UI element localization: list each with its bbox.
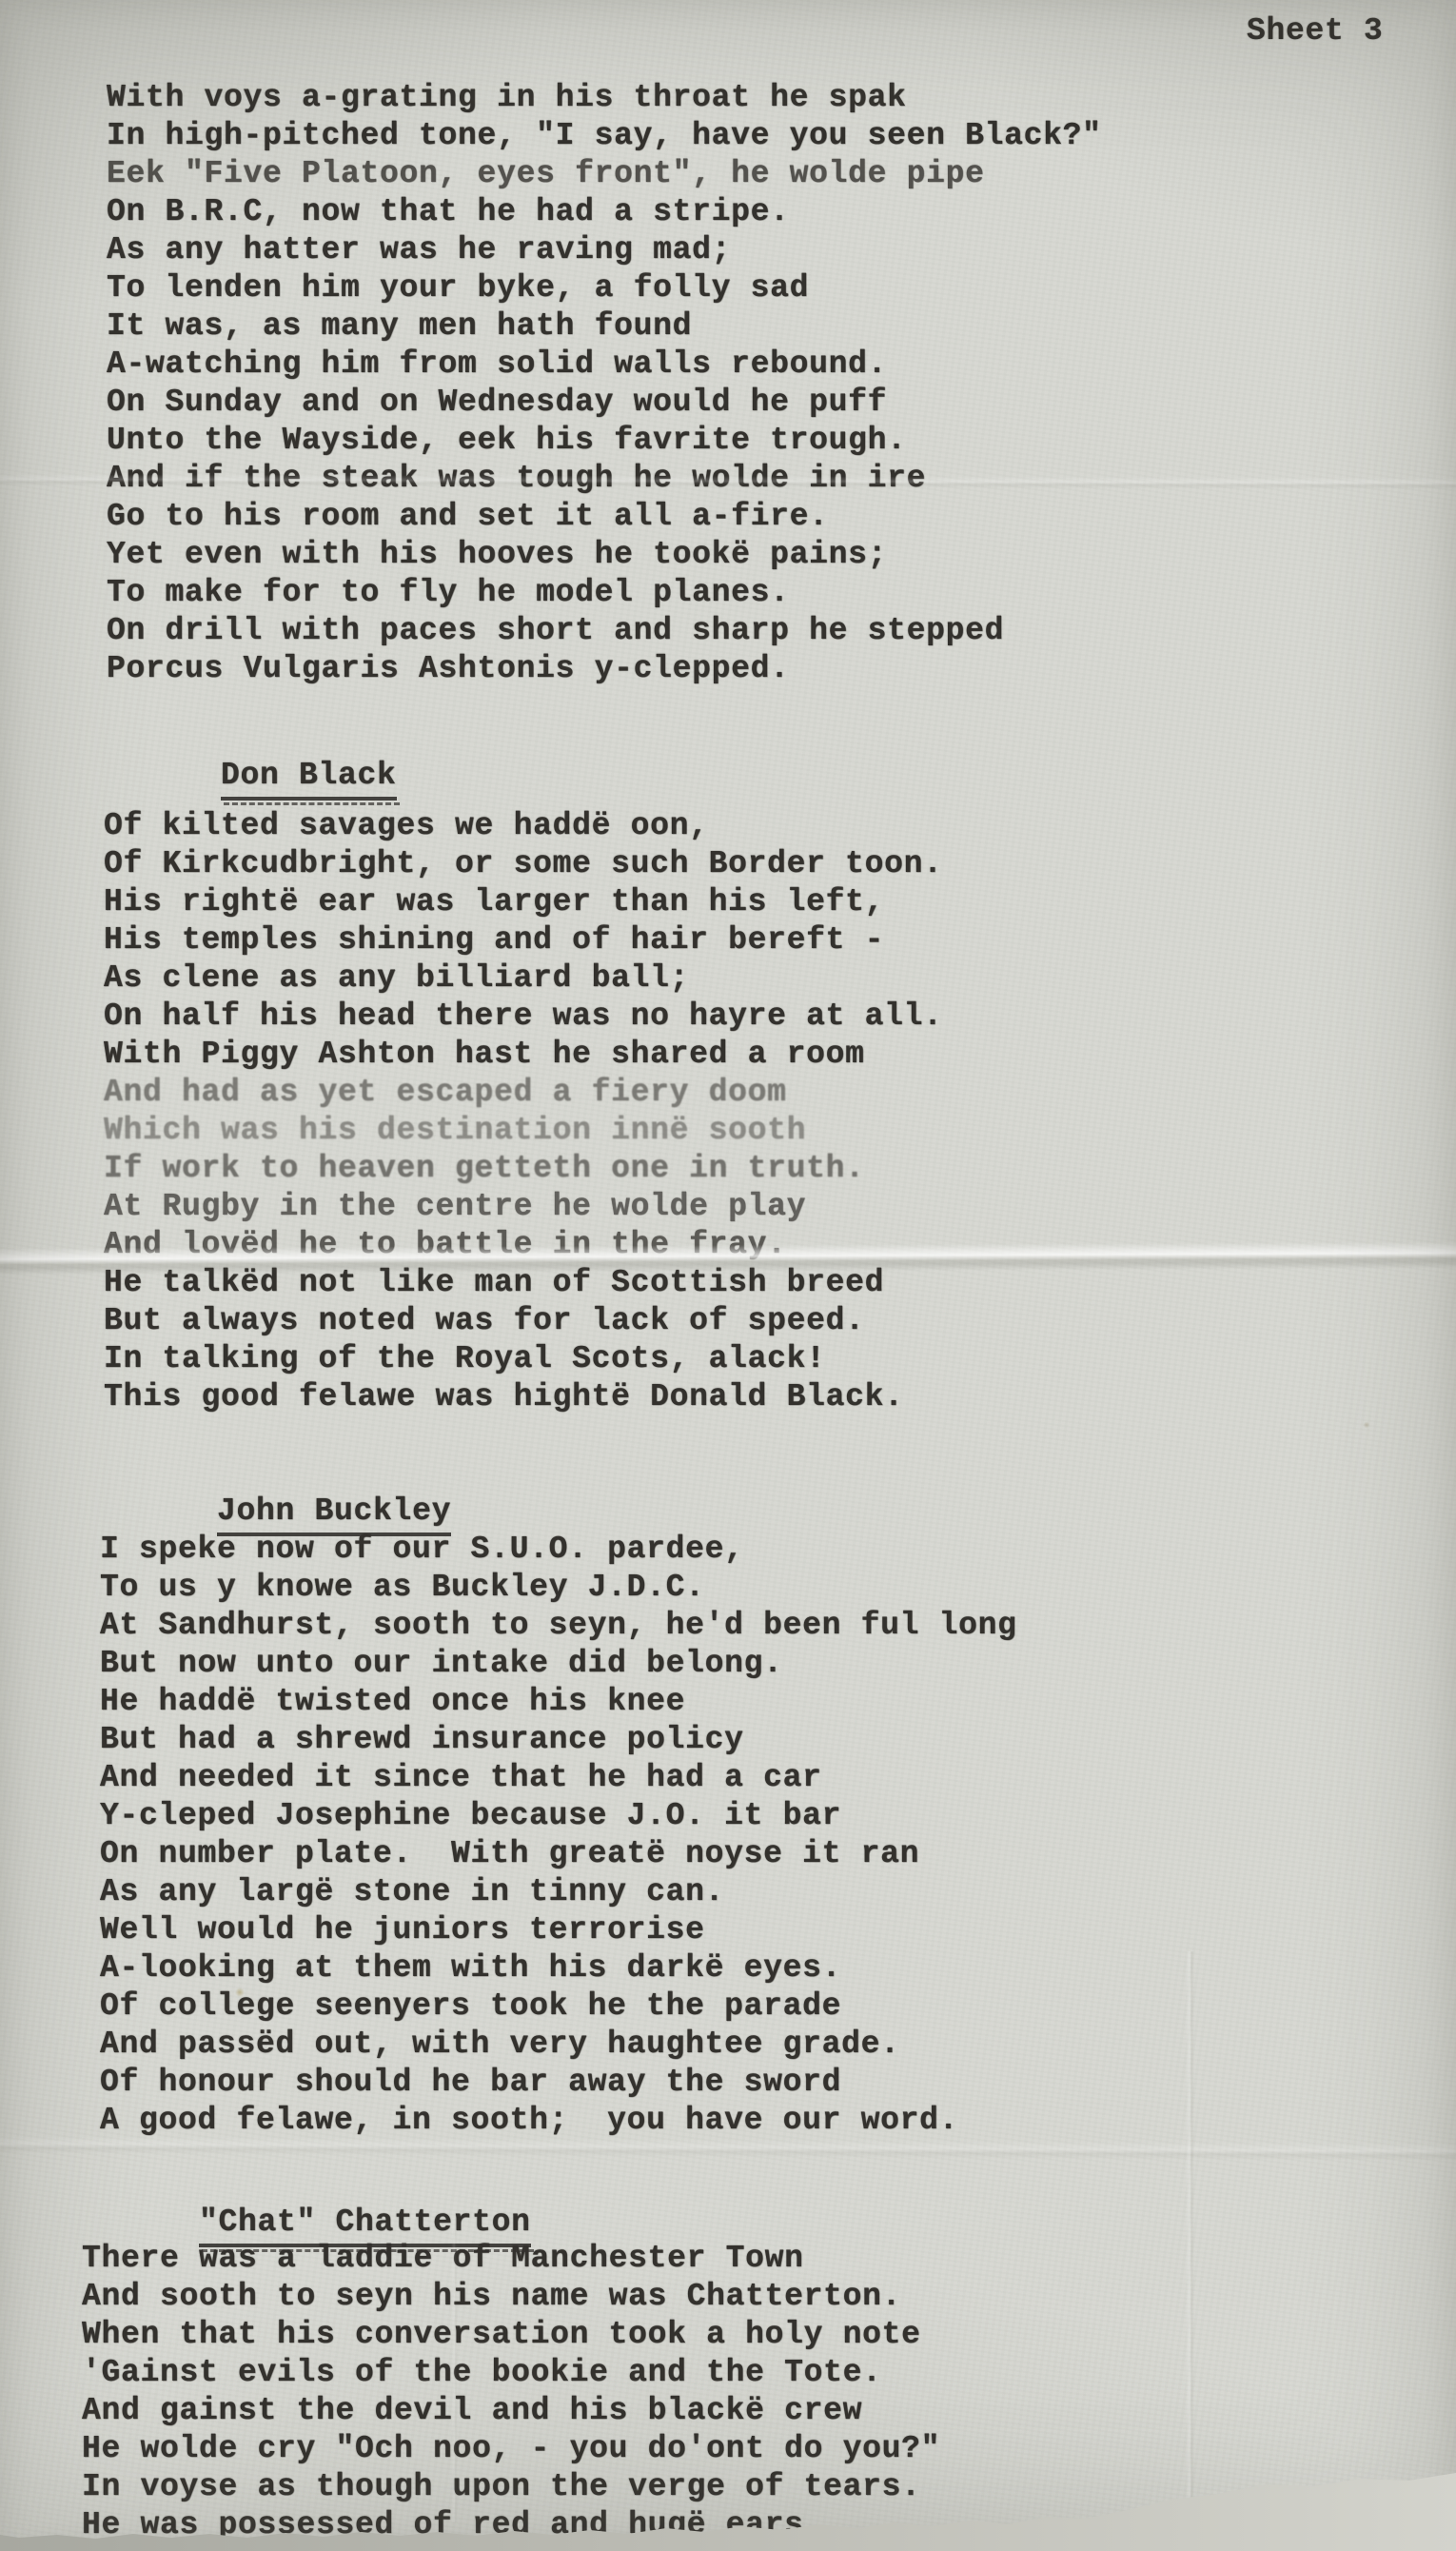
poem-line: On half his head there was no hayre at a… [104,998,1153,1036]
heading-text: "Chat" Chatterton [199,2204,531,2247]
poem-line: In voyse as though upon the verge of tea… [82,2468,1153,2506]
scanned-typewritten-sheet: Sheet 3 With voys a-grating in his throa… [0,0,1456,2551]
poem-line: But had a shrewd insurance policy [100,1721,1153,1759]
poem-line: And needed it since that he had a car [100,1759,1153,1797]
poem-line: And gainst the devil and his blackë crew [82,2392,1153,2430]
poem-line: In talking of the Royal Scots, alack! [104,1340,1153,1378]
poem-line: And sooth to seyn his name was Chatterto… [82,2278,1153,2316]
vertical-crease-right [1186,1951,1194,2532]
poem-line: To make for to fly he model planes. [107,574,1153,612]
poem-line: He wolde cry "Och noo, - you do'ont do y… [82,2430,1153,2468]
poem-line: As any hatter was he raving mad; [107,231,1153,269]
poem-line: Eek "Five Platoon, eyes front", he wolde… [107,155,1153,193]
poem-line: As any largë stone in tinny can. [100,1873,1153,1911]
poem-line: On drill with paces short and sharp he s… [107,612,1153,650]
poem-line: When that his conversation took a holy n… [82,2316,1153,2354]
poem-line: And lovëd he to battle in the fray. [104,1226,1153,1264]
poem-text: With voys a-grating in his throat he spa… [107,79,1153,2544]
poem-line: He was possessed of red and hugë ears. [82,2506,1153,2544]
poem-line: And passëd out, with very haughtee grade… [100,2026,1153,2064]
stanza-john-buckley: I speke now of our S.U.O. pardee, To us … [100,1531,1153,2140]
stanza-don-black: Of kilted savages we haddë oon, Of Kirkc… [104,807,1153,1416]
heading-text: Don Black [221,757,397,801]
poem-line: With Piggy Ashton hast he shared a room [104,1036,1153,1074]
poem-line: A-watching him from solid walls rebound. [107,346,1153,384]
poem-line: As clene as any billiard ball; [104,959,1153,998]
poem-line: Of Kirkcudbright, or some such Border to… [104,845,1153,883]
sheet-number-label: Sheet 3 [1247,13,1384,49]
poem-line: It was, as many men hath found [107,307,1153,346]
poem-line: A good felawe, in sooth; you have our wo… [100,2102,1153,2140]
poem-line: On number plate. With greatë noyse it ra… [100,1835,1153,1873]
stanza-piggy-ashton: With voys a-grating in his throat he spa… [107,79,1153,688]
poem-line: His rightë ear was larger than his left, [104,883,1153,921]
poem-line: Of college seenyers took he the parade [100,1987,1153,2026]
poem-line: To lenden him your byke, a folly sad [107,269,1153,307]
section-heading-chat-chatterton: "Chat" Chatterton [82,2165,1153,2204]
poem-line: With voys a-grating in his throat he spa… [107,79,1153,117]
stanza-chat-chatterton: There was a laddie of Manchester Town An… [82,2240,1153,2544]
poem-line: At Sandhurst, sooth to seyn, he'd been f… [100,1607,1153,1645]
poem-line: A-looking at them with his darkë eyes. [100,1949,1153,1987]
poem-line: He talkëd not like man of Scottish breed [104,1264,1153,1302]
poem-line: He haddë twisted once his knee [100,1683,1153,1721]
poem-line: Y-cleped Josephine because J.O. it bar [100,1797,1153,1835]
poem-line: Well would he juniors terrorise [100,1911,1153,1949]
poem-line: In high-pitched tone, "I say, have you s… [107,117,1153,155]
poem-line: I speke now of our S.U.O. pardee, [100,1531,1153,1569]
section-heading-don-black: Don Black [104,719,1153,757]
poem-line: 'Gainst evils of the bookie and the Tote… [82,2354,1153,2392]
poem-line: But always noted was for lack of speed. [104,1302,1153,1340]
poem-line: And if the steak was tough he wolde in i… [107,460,1153,498]
poem-line: To us y knowe as Buckley J.D.C. [100,1569,1153,1607]
poem-line: But now unto our intake did belong. [100,1645,1153,1683]
poem-line: If work to heaven getteth one in truth. [104,1150,1153,1188]
poem-line: Porcus Vulgaris Ashtonis y-clepped. [107,650,1153,688]
poem-line: At Rugby in the centre he wolde play [104,1188,1153,1226]
poem-line: Which was his destination innë sooth [104,1112,1153,1150]
poem-line: On B.R.C, now that he had a stripe. [107,193,1153,231]
section-heading-john-buckley: John Buckley [100,1454,1153,1493]
poem-line: Yet even with his hooves he tookë pains; [107,536,1153,574]
poem-line: And had as yet escaped a fiery doom [104,1074,1153,1112]
poem-line: Go to his room and set it all a-fire. [107,498,1153,536]
heading-text: John Buckley [217,1493,451,1536]
poem-line: Of kilted savages we haddë oon, [104,807,1153,845]
poem-line: On Sunday and on Wednesday would he puff [107,384,1153,422]
poem-line: This good felawe was hightë Donald Black… [104,1378,1153,1416]
poem-line: His temples shining and of hair bereft - [104,921,1153,959]
poem-line: Unto the Wayside, eek his favrite trough… [107,422,1153,460]
poem-line: Of honour should he bar away the sword [100,2064,1153,2102]
